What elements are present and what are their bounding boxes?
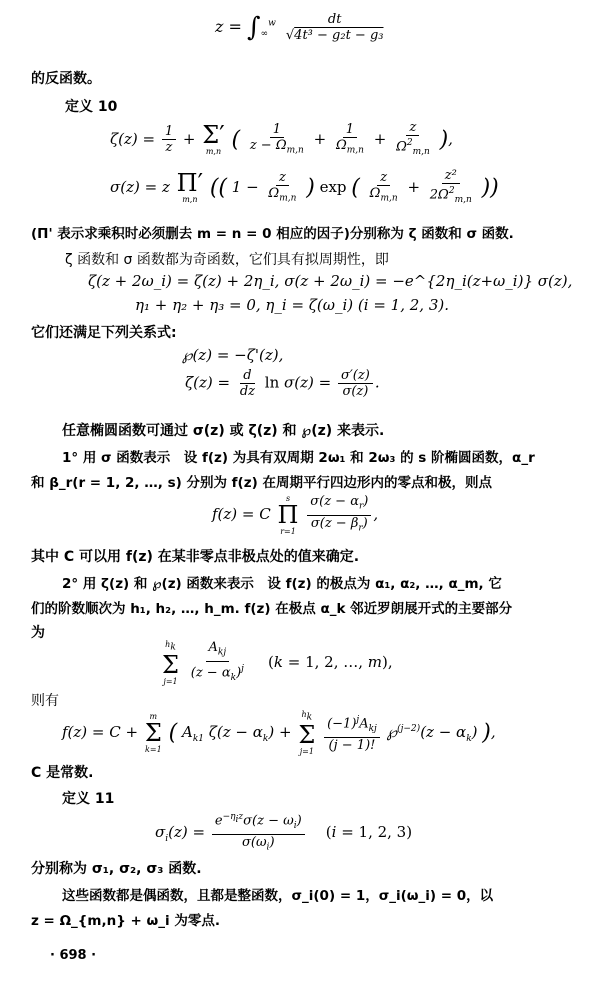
formula-sigma-i-definition: σi(z) = e−ηizσ(z − ωi)σ(ωi) (i = 1, 2, 3… — [155, 810, 412, 856]
heading-definition-10: 定义 10 — [65, 96, 117, 116]
text-then-have: 则有 — [31, 690, 59, 710]
text-any-elliptic: 任意椭圆函数可通过 σ(z) 或 ζ(z) 和 ℘(z) 来表示. — [62, 420, 384, 440]
text-even-entire-line1: 这些函数都是偶函数，且都是整函数，σ_i(0) = 1，σ_i(ω_i) = 0… — [62, 884, 493, 904]
formula-f-sigma-product: f(z) = C sΠr=1 σ(z − αr)σ(z − βr), — [212, 494, 378, 536]
formula-quasi-periodic: ζ(z + 2ω_i) = ζ(z) + 2η_i, σ(z + 2ω_i) =… — [88, 272, 572, 290]
formula-zeta-definition: ζ(z) = 1z + Σ′m,n ( 1z − Ωm,n + 1Ωm,n + … — [110, 120, 453, 160]
text-product-note: (Π' 表示求乘积时必须删去 m = n = 0 相应的因子)分别称为 ζ 函数… — [31, 222, 514, 242]
text-inverse-function: 的反函数。 — [31, 68, 101, 88]
formula-principal-part: hkΣj=1 Akj(z − αk)j (k = 1, 2, …, m), — [160, 640, 393, 686]
text-odd-functions: ζ 函数和 σ 函数都为奇函数，它们具有拟周期性，即 — [65, 249, 389, 269]
formula-zeta-log: ζ(z) = ddz ln σ(z) = σ′(z)σ(z). — [185, 368, 380, 399]
text-item1-line2: 和 β_r(r = 1, 2, …, s) 分别为 f(z) 在周期平行四边形内… — [31, 471, 492, 491]
formula-wp-relation: ℘(z) = −ζ'(z), — [182, 346, 283, 364]
text-satisfy-relations: 它们还满足下列关系式: — [31, 322, 177, 342]
page-number: · 698 · — [50, 948, 96, 963]
text-item1-line1: 1° 用 σ 函数表示 设 f(z) 为具有双周期 2ω₁ 和 2ω₃ 的 s … — [62, 446, 535, 466]
text-called-sigma-i: 分别称为 σ₁, σ₂, σ₃ 函数. — [31, 858, 202, 878]
text-c-constant: C 是常数. — [31, 762, 93, 782]
text-item2-line2: 们的阶数顺次为 h₁, h₂, …, h_m. f(z) 在极点 α_k 邻近罗… — [31, 597, 512, 617]
formula-f-zeta-expansion: f(z) = C + mΣk=1 ( Ak1 ζ(z − αk) + hkΣj=… — [62, 710, 496, 756]
formula-integral-inverse: z = ∫∞w dt√4t³ − g₂t − g₃ — [215, 12, 388, 43]
text-even-entire-line2: z = Ω_{m,n} + ω_i 为零点. — [31, 909, 220, 929]
formula-sigma-definition: σ(z) = z Π′m,n (( 1 − zΩm,n ) exp ( zΩm,… — [110, 168, 499, 208]
text-item2-line1: 2° 用 ζ(z) 和 ℘(z) 函数来表示 设 f(z) 的极点为 α₁, α… — [62, 572, 502, 592]
formula-eta-relation: η₁ + η₂ + η₃ = 0, η_i = ζ(ω_i) (i = 1, 2… — [135, 296, 449, 314]
text-constant-c-determination: 其中 C 可以用 f(z) 在某非零点非极点处的值来确定. — [31, 546, 359, 566]
heading-definition-11: 定义 11 — [62, 788, 114, 808]
text-item2-line3: 为 — [31, 622, 45, 642]
